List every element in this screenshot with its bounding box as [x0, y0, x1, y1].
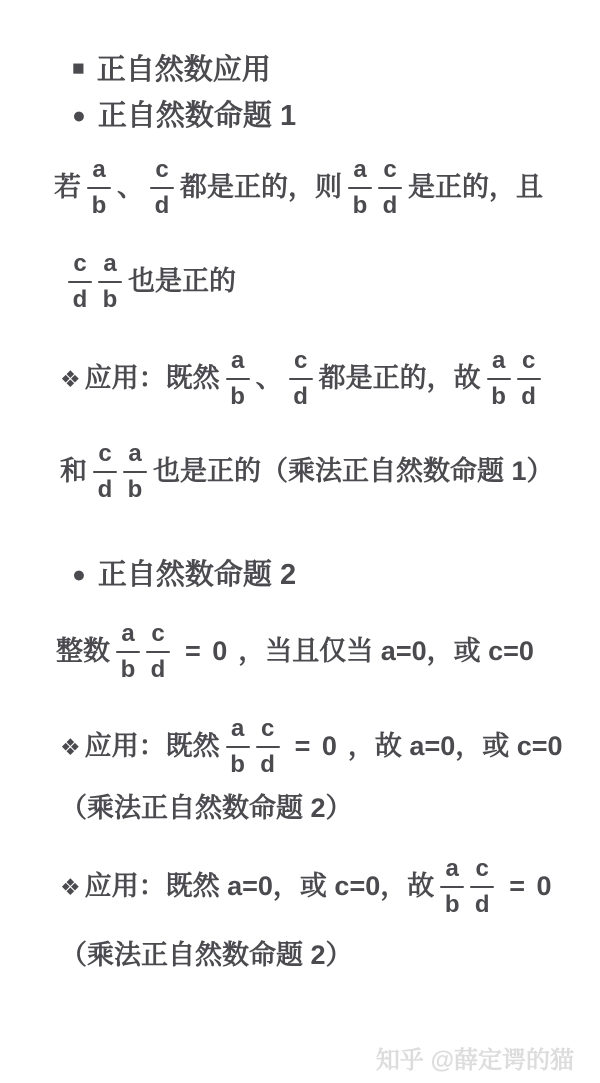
- circle-bullet-icon: ●: [72, 101, 86, 130]
- fraction-denominator: d: [98, 473, 113, 502]
- fraction-numerator: c: [476, 857, 489, 886]
- fraction-a-over-b: a b: [98, 252, 122, 312]
- text-segment: 都是正的，故: [319, 362, 481, 396]
- fraction-denominator: b: [121, 653, 136, 682]
- prop2-statement-line: 整数 a b c d = 0 ，当且仅当 a=0，或 c=0: [56, 622, 534, 682]
- text-segment: （乘法正自然数命题 2）: [60, 939, 353, 973]
- text-segment: 也是正的: [128, 265, 236, 299]
- text-segment: 应用：既然: [85, 362, 220, 396]
- fraction-a-over-b: a b: [87, 158, 111, 218]
- prop1-statement-line2: c d a b 也是正的: [68, 252, 236, 312]
- prop1-application-line2: 和 c d a b 也是正的（乘法正自然数命题 1）: [60, 442, 554, 502]
- heading-prop2: ● 正自然数命题 2: [72, 557, 296, 593]
- fraction-denominator: d: [521, 380, 536, 409]
- fraction-a-over-b: a b: [487, 349, 511, 409]
- fraction-numerator: c: [98, 442, 111, 471]
- fraction-denominator: b: [92, 189, 107, 218]
- fraction-numerator: a: [353, 158, 366, 187]
- equals-zero: = 0: [295, 730, 339, 764]
- fraction-numerator: c: [155, 158, 168, 187]
- fraction-a-over-b: a b: [226, 349, 250, 409]
- document-page: ■ 正自然数应用 ● 正自然数命题 1 若 a b 、 c d 都是正的，则 a…: [0, 0, 600, 1083]
- fraction-denominator: d: [293, 380, 308, 409]
- equals-zero: = 0: [185, 635, 229, 669]
- fraction-denominator: b: [491, 380, 506, 409]
- heading-prop2-label: 正自然数命题 2: [98, 557, 296, 593]
- fraction-denominator: b: [230, 748, 245, 777]
- text-segment: 都是正的，则: [180, 171, 342, 205]
- prop2-application-line2: ❖ 应用：既然 a=0，或 c=0，故 a b c d = 0: [60, 857, 554, 917]
- fraction-a-over-b: a b: [440, 857, 464, 917]
- diamond-marker-icon: ❖: [60, 365, 81, 394]
- fraction-denominator: b: [103, 283, 118, 312]
- diamond-marker-icon: ❖: [60, 873, 81, 902]
- fraction-denominator: b: [128, 473, 143, 502]
- fraction-numerator: a: [92, 158, 105, 187]
- prop2-application-note2: （乘法正自然数命题 2）: [60, 939, 353, 973]
- fraction-a-over-b: a b: [116, 622, 140, 682]
- heading-main-label: 正自然数应用: [97, 52, 271, 88]
- prop1-application-line1: ❖ 应用：既然 a b 、 c d 都是正的，故 a b c d: [60, 349, 547, 409]
- text-segment: 整数: [56, 635, 110, 669]
- text-segment: 也是正的（乘法正自然数命题 1）: [153, 455, 554, 489]
- heading-prop1: ● 正自然数命题 1: [72, 98, 296, 134]
- heading-main: ■ 正自然数应用: [72, 52, 271, 88]
- fraction-numerator: c: [294, 349, 307, 378]
- circle-bullet-icon: ●: [72, 560, 86, 589]
- enumeration-comma: 、: [256, 362, 283, 396]
- diamond-marker-icon: ❖: [60, 733, 81, 762]
- text-segment: （乘法正自然数命题 2）: [60, 792, 353, 826]
- fraction-numerator: a: [121, 622, 134, 651]
- fraction-c-over-d: c d: [470, 857, 494, 917]
- fraction-numerator: c: [261, 717, 274, 746]
- fraction-denominator: b: [230, 380, 245, 409]
- fraction-denominator: d: [155, 189, 170, 218]
- fraction-numerator: a: [128, 442, 141, 471]
- fraction-numerator: a: [446, 857, 459, 886]
- fraction-c-over-d: c d: [256, 717, 280, 777]
- text-segment: 和: [60, 455, 87, 489]
- fraction-c-over-d: c d: [517, 349, 541, 409]
- equals-zero: = 0: [509, 870, 553, 904]
- text-segment: 是正的，且: [408, 171, 543, 205]
- fraction-denominator: d: [475, 888, 490, 917]
- fraction-numerator: c: [151, 622, 164, 651]
- enumeration-comma: 、: [117, 171, 144, 205]
- fraction-c-over-d: c d: [68, 252, 92, 312]
- fraction-a-over-b: a b: [123, 442, 147, 502]
- text-segment: ，故 a=0，或 c=0: [348, 730, 563, 764]
- heading-prop1-label: 正自然数命题 1: [98, 98, 296, 134]
- fraction-numerator: a: [103, 252, 116, 281]
- prop2-application-note1: （乘法正自然数命题 2）: [60, 792, 353, 826]
- fraction-numerator: a: [231, 717, 244, 746]
- fraction-c-over-d: c d: [289, 349, 313, 409]
- fraction-denominator: b: [445, 888, 460, 917]
- text-segment: ，当且仅当 a=0，或 c=0: [238, 635, 534, 669]
- square-bullet-icon: ■: [72, 56, 85, 82]
- fraction-denominator: b: [353, 189, 368, 218]
- fraction-c-over-d: c d: [150, 158, 174, 218]
- fraction-c-over-d: c d: [146, 622, 170, 682]
- fraction-denominator: d: [151, 653, 166, 682]
- prop2-application-line1: ❖ 应用：既然 a b c d = 0 ，故 a=0，或 c=0: [60, 717, 563, 777]
- text-segment: 若: [54, 171, 81, 205]
- fraction-numerator: a: [492, 349, 505, 378]
- prop1-statement-line1: 若 a b 、 c d 都是正的，则 a b c d 是正的，且: [54, 158, 543, 218]
- text-segment: 应用：既然: [85, 730, 220, 764]
- zhihu-watermark: 知乎 @薛定谔的猫: [376, 1040, 574, 1075]
- fraction-numerator: c: [383, 158, 396, 187]
- fraction-c-over-d: c d: [93, 442, 117, 502]
- fraction-a-over-b: a b: [348, 158, 372, 218]
- fraction-denominator: d: [383, 189, 398, 218]
- fraction-a-over-b: a b: [226, 717, 250, 777]
- text-segment: 应用：既然 a=0，或 c=0，故: [85, 870, 435, 904]
- fraction-denominator: d: [260, 748, 275, 777]
- fraction-numerator: c: [522, 349, 535, 378]
- fraction-denominator: d: [73, 283, 88, 312]
- fraction-c-over-d: c d: [378, 158, 402, 218]
- fraction-numerator: c: [73, 252, 86, 281]
- fraction-numerator: a: [231, 349, 244, 378]
